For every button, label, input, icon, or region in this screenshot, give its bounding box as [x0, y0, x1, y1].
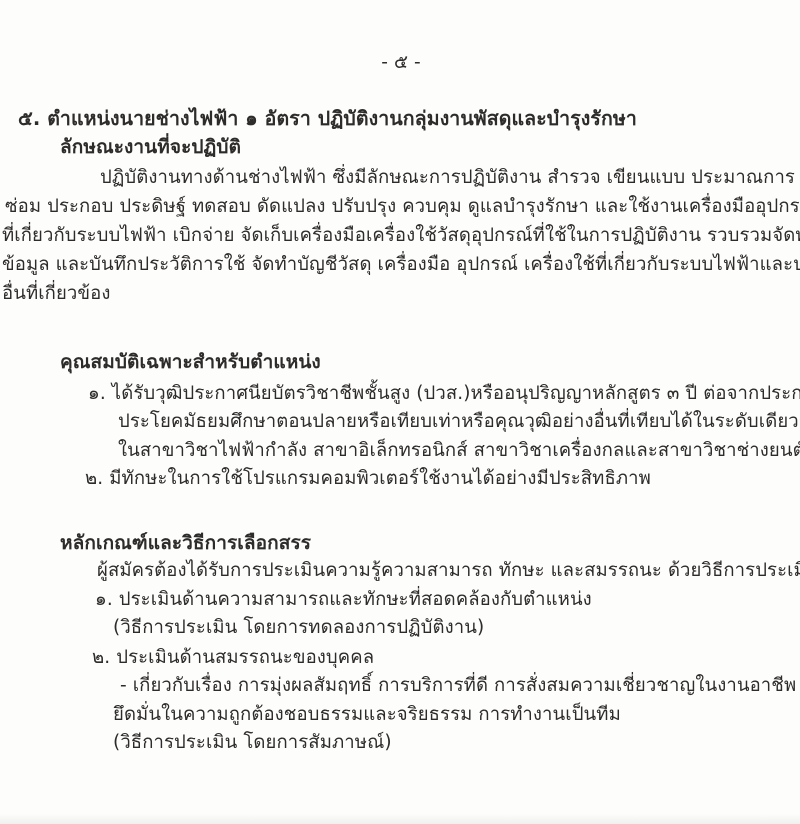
qualification-item-line: ๒. มีทักษะในการใช้โปรแกรมคอมพิวเตอร์ใช้ง…: [85, 464, 651, 493]
selection-item-line: - เกี่ยวกับเรื่อง การมุ่งผลสัมฤทธิ์ การบ…: [120, 671, 800, 700]
job-description-heading: ลักษณะงานที่จะปฏิบัติ: [60, 132, 241, 162]
selection-item-line: (วิธีการประเมิน โดยการสัมภาษณ์): [113, 728, 392, 757]
job-description-line: อื่นที่เกี่ยวข้อง: [2, 279, 111, 308]
job-description-line: ซ่อม ประกอบ ประดิษฐ์ ทดสอบ ดัดแปลง ปรับป…: [5, 192, 800, 221]
qualification-item-line: ในสาขาวิชาไฟฟ้ากำลัง สาขาอิเล็กทรอนิกส์ …: [118, 436, 800, 465]
job-description-line: ที่เกี่ยวกับระบบไฟฟ้า เบิกจ่าย จัดเก็บเค…: [2, 221, 800, 250]
scanned-document-page: - ๕ - ๕. ตำแหน่งนายช่างไฟฟ้า ๑ อัตรา ปฏิ…: [0, 0, 800, 824]
selection-item-line: ๑. ประเมินด้านความสามารถและทักษะที่สอดคล…: [95, 585, 592, 614]
job-description-line: ข้อมูล และบันทึกประวัติการใช้ จัดทำบัญชี…: [2, 250, 800, 279]
selection-item-line: ๒. ประเมินด้านสมรรถนะของบุคคล: [92, 643, 374, 672]
page-number: - ๕ -: [356, 48, 446, 77]
job-description-line: ปฏิบัติงานทางด้านช่างไฟฟ้า ซึ่งมีลักษณะก…: [100, 163, 800, 192]
selection-criteria-heading: หลักเกณฑ์และวิธีการเลือกสรร: [60, 528, 311, 558]
qualifications-heading: คุณสมบัติเฉพาะสำหรับตำแหน่ง: [60, 347, 321, 377]
qualification-item-line: ประโยคมัธยมศึกษาตอนปลายหรือเทียบเท่าหรือ…: [118, 407, 800, 436]
qualification-item-line: ๑. ได้รับวุฒิประกาศนียบัตรวิชาชีพชั้นสูง…: [88, 379, 800, 408]
selection-item-line: (วิธีการประเมิน โดยการทดลองการปฏิบัติงาน…: [113, 613, 484, 642]
selection-intro-line: ผู้สมัครต้องได้รับการประเมินความรู้ความส…: [97, 556, 800, 585]
position-heading: ๕. ตำแหน่งนายช่างไฟฟ้า ๑ อัตรา ปฏิบัติงา…: [18, 103, 637, 134]
selection-item-line: ยึดมั่นในความถูกต้องชอบธรรมและจริยธรรม ก…: [113, 700, 621, 729]
